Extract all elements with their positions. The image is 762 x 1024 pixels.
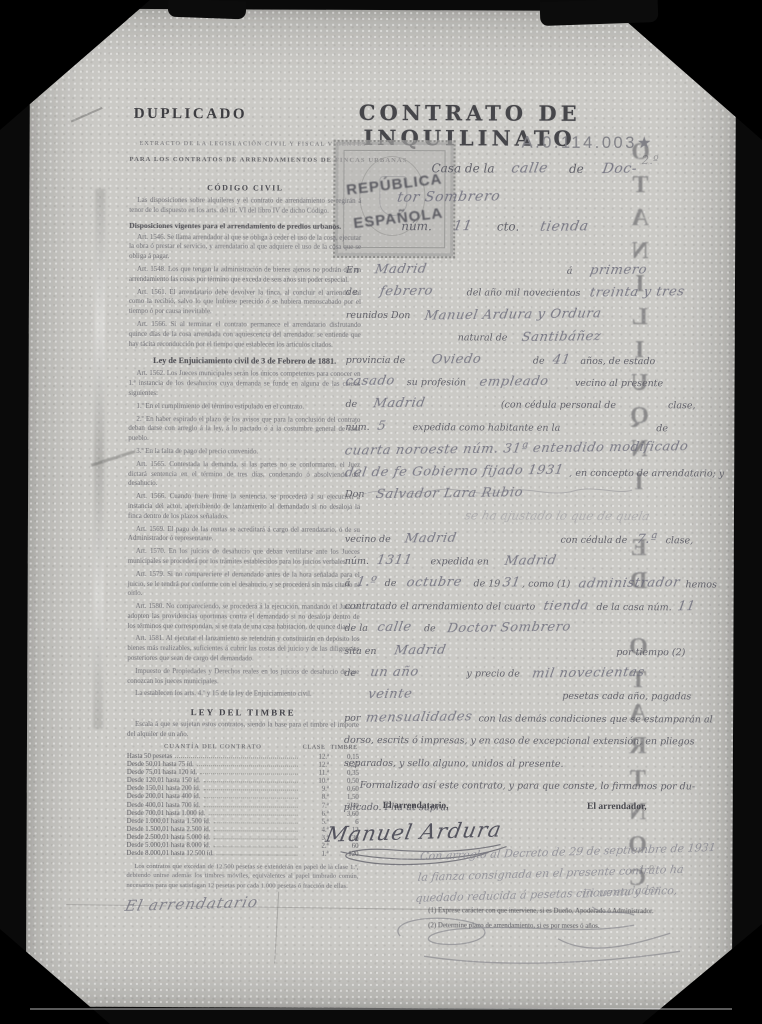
handwritten-text: cuarta noroeste núm. 31ª entendido modif… xyxy=(344,439,690,458)
printed-text: vecino de xyxy=(345,534,391,545)
printed-text: de xyxy=(533,355,545,366)
table-cell xyxy=(213,822,297,823)
printed-text: del año mil novecientos xyxy=(467,288,581,299)
photo-background: OTANILIUQNI ED OTARTNOC 2.º 1.º DUPLICAD… xyxy=(0,0,762,1024)
printed-text: de 19 xyxy=(474,579,501,590)
legal-paragraph: Art. 1570. En los juicios de desahucio q… xyxy=(128,547,360,568)
ley-timbre-heading: LEY DEL TIMBRE xyxy=(127,707,359,718)
legal-paragraph: Las disposiciones sobre alquileres y el … xyxy=(129,196,361,217)
legal-paragraph: Art. 1548. Los que tengan la administrac… xyxy=(129,265,361,286)
printed-text: vecino al presente xyxy=(575,378,663,389)
printed-text: por tiempo (2) xyxy=(616,647,685,658)
printed-text: núm. xyxy=(401,219,432,233)
printed-text: por xyxy=(344,713,360,724)
printed-text: contratado el arrendamiento del cuarto xyxy=(345,601,536,613)
legal-paragraph: Art. 1579. Si no compareciere el demanda… xyxy=(128,570,360,600)
contract-line: separados, y sello alguno, unidos al pre… xyxy=(344,752,684,776)
crease-line xyxy=(71,107,103,123)
printed-text: con cédula de xyxy=(560,534,627,545)
printed-text: clase, xyxy=(666,535,694,546)
printed-text: con las demás condiciones que se estampa… xyxy=(478,713,712,725)
legal-paragraph: Art. 1562. Los Jueces municipales serán … xyxy=(128,369,360,399)
table-cell xyxy=(217,854,298,855)
legal-paragraph: Art. 1565. Contestada la demanda, si las… xyxy=(128,460,360,490)
printed-text: de xyxy=(569,162,584,176)
timbre-table-header: CUANTÍA DEL CONTRATO CLASE TIMBRE xyxy=(127,743,359,751)
table-cell xyxy=(213,838,297,839)
arrendador-label: El arrendador, xyxy=(587,802,647,812)
table-cell xyxy=(203,790,297,791)
contract-line: natural deSantibáñez xyxy=(346,327,686,351)
legal-extract-column: CÓDIGO CIVIL Las disposiciones sobre alq… xyxy=(126,177,361,912)
handwritten-text: Madrid xyxy=(403,531,457,547)
codigo-civil-heading: CÓDIGO CIVIL xyxy=(129,183,361,193)
handwritten-text: febrero xyxy=(378,284,434,300)
ley-enjuiciamiento-heading: Ley de Enjuiciamiento civil de 3 de Febr… xyxy=(129,356,361,366)
handwritten-text: 11 xyxy=(452,218,474,234)
contract-line: dorso, escrits ó impresas, y en caso de … xyxy=(344,730,684,754)
contract-line: se ha ajustado lo que de quela xyxy=(345,506,685,530)
printed-text: á xyxy=(345,578,351,589)
contract-line: cuarta noroeste núm. 31ª entendido modif… xyxy=(345,439,685,463)
table-footnote: Los contratos que excedan de 12.500 pese… xyxy=(126,862,358,891)
printed-text: núm. xyxy=(345,556,369,567)
table-row: Desde 8.000,01 hasta 12.500 íd.1.ª120 xyxy=(126,849,358,858)
table-cell xyxy=(200,773,298,774)
printed-text: de la casa núm. xyxy=(596,602,671,613)
legal-paragraph: Art. 1569. El pago de las rentas se acre… xyxy=(128,524,360,545)
handwritten-text: tor Sombrero xyxy=(396,189,502,206)
legal-paragraph: Art. 1546. Se llama arrendador al que se… xyxy=(129,232,361,262)
tape-mark xyxy=(540,0,659,26)
printed-text: sita en xyxy=(344,645,376,656)
printed-text: provincia de xyxy=(346,354,406,365)
photo-edge-line xyxy=(30,1008,732,1010)
printed-text: su profesión xyxy=(407,377,466,388)
serial-number: A.0.114.003★ xyxy=(522,133,655,154)
legal-paragraph: Art. 1581. Al ejecutar el lanzamiento se… xyxy=(127,634,359,664)
legal-paragraph: La establecen los arts. 4.º y 15 de la l… xyxy=(127,689,359,700)
contract-line: defebrerodel año mil novecientostreinta … xyxy=(346,282,686,306)
handwritten-text: 1.º xyxy=(355,575,378,590)
table-cell xyxy=(213,830,297,831)
printed-text: hemos xyxy=(685,580,716,591)
printed-text: pesetas cada año, pagadas xyxy=(562,691,691,703)
printed-text: de xyxy=(345,399,357,410)
handwritten-text: tienda xyxy=(539,218,590,235)
handwritten-arrendatario: El arrendatario xyxy=(123,890,361,915)
legal-paragraph: Impuesto de Propiedades y Derechos reale… xyxy=(127,667,359,688)
printed-text: Formalizado así este contrato, y para qu… xyxy=(360,780,695,792)
printed-text: cto. xyxy=(497,220,519,234)
disposiciones-heading: Disposiciones vigentes para el arrendami… xyxy=(129,220,361,230)
column-header: CUANTÍA DEL CONTRATO xyxy=(127,743,299,751)
handwritten-text: octubre xyxy=(405,575,463,591)
legal-paragraph: 2.º En haber espirado el plazo de los av… xyxy=(128,414,360,444)
tape-mark xyxy=(168,0,247,19)
printed-text: dorso, escrits ó impresas, y en caso de … xyxy=(344,735,695,748)
contract-line: núm.5expedida como habitante en lade xyxy=(345,417,685,441)
handwritten-text: 1311 xyxy=(376,553,414,568)
handwritten-text: Madrid xyxy=(372,396,426,412)
printed-text: de xyxy=(424,623,436,634)
legal-paragraph: Art. 1580. No compareciendo, se proceder… xyxy=(127,602,359,632)
handwritten-text: calle xyxy=(377,620,414,635)
contract-line: vecino deMadridcon cédula de7.ªclase, xyxy=(345,529,685,553)
table-cell xyxy=(203,781,297,782)
printed-text: , como (1) xyxy=(522,579,570,590)
pencil-scrawl-icon xyxy=(358,478,638,505)
handwritten-text: Doctor Sombrero xyxy=(446,620,572,637)
printed-text: núm. xyxy=(345,422,369,433)
printed-text: Casa de la xyxy=(431,161,494,175)
property-address-block: Casa de la calle de Doc- tor Sombrero nú… xyxy=(397,160,677,248)
contract-line: Formalizado así este contrato, y para qu… xyxy=(344,775,684,799)
handwritten-text: casado xyxy=(344,374,396,390)
printed-text: expedida como habitante en la xyxy=(412,422,560,434)
table-cell: 1.ª xyxy=(300,851,328,858)
handwritten-text: 11 xyxy=(676,599,696,614)
contract-line: casadosu profesiónempleadovecino al pres… xyxy=(346,372,686,396)
contract-line: sita enMadridpor tiempo (2) xyxy=(344,640,684,664)
table-cell xyxy=(203,806,297,807)
legal-paragraph: 3.º En la falta de pago del precio conve… xyxy=(128,447,360,458)
handwritten-text: Manuel Ardura y Ordura xyxy=(423,306,602,323)
arrendatario-label: El arrendatario, xyxy=(383,801,449,811)
handwritten-text: treinta y tres xyxy=(589,285,686,301)
contract-line: contratado el arrendamiento del cuartoti… xyxy=(345,596,685,620)
handwritten-text: calle xyxy=(510,160,549,176)
handwritten-text: un año xyxy=(369,665,420,681)
handwritten-text: Madrid xyxy=(374,262,428,278)
handwritten-text: mensualidades xyxy=(365,709,474,725)
printed-text: años, de estado xyxy=(580,355,655,366)
printed-text: á xyxy=(567,266,573,277)
contract-line: deMadrid(con cédula personal declase, xyxy=(345,394,685,418)
table-cell xyxy=(208,814,297,815)
printed-text: de xyxy=(656,423,668,434)
printed-text: (con cédula personal de xyxy=(501,400,616,412)
printed-text: de xyxy=(344,668,356,679)
printed-text: clase, xyxy=(668,401,696,412)
table-cell xyxy=(203,798,297,799)
duplicado-label: DUPLICADO xyxy=(134,106,247,123)
legal-paragraph: Art. 1566. Si al terminar el contrato pe… xyxy=(129,320,361,350)
contract-line: deun añoy precio demil novecientas xyxy=(344,663,684,687)
contract-body: EnMadridáprimerodefebrerodel año mil nov… xyxy=(344,260,686,821)
handwritten-text: 5 xyxy=(376,419,387,434)
legal-paragraph: 1.º En el cumplimiento del término estip… xyxy=(128,402,360,413)
printed-text: de la xyxy=(344,623,367,634)
printed-text: de xyxy=(385,578,397,589)
handwritten-text: 7.ª xyxy=(636,532,659,547)
legal-paragraph: Escala á que se sujetan estos contratos,… xyxy=(127,720,359,741)
contract-line: reunidos DonManuel Ardura y Ordura xyxy=(346,305,686,329)
printed-text: expedida en xyxy=(430,556,488,567)
handwritten-text: empleado xyxy=(479,374,551,390)
handwritten-text: Oviedo xyxy=(430,352,482,368)
contract-line: pormensualidadescon las demás condicione… xyxy=(344,708,684,732)
handwritten-text: tienda xyxy=(542,598,590,614)
column-header: CLASE xyxy=(299,744,329,751)
handwritten-text: primero xyxy=(589,263,649,279)
legal-paragraph: Art. 1566. Cuando fuere firme la sentenc… xyxy=(128,492,360,522)
contract-line: á1.ºdeoctubrede 1931, como (1)administra… xyxy=(345,573,685,597)
handwritten-text: Santibáñez xyxy=(520,329,602,345)
handwritten-text: Doc- xyxy=(601,161,638,177)
printed-text: de xyxy=(346,287,358,298)
document-paper: OTANILIUQNI ED OTARTNOC 2.º 1.º DUPLICAD… xyxy=(26,8,736,1009)
handwritten-text: 41 xyxy=(551,352,571,367)
printed-text: natural de xyxy=(458,333,508,344)
printed-text: , en concepto de arrendatario; y xyxy=(569,467,724,479)
pencil-text: se ha ajustado lo que de quela xyxy=(463,509,651,524)
handwritten-text: veinte xyxy=(367,687,414,703)
printed-text: y precio de xyxy=(466,668,519,679)
table-cell: Desde 8.000,01 hasta 12.500 íd. xyxy=(126,850,213,857)
printed-text: separados, y sello alguno, unidos al pre… xyxy=(344,757,564,769)
handwritten-text: Madrid xyxy=(393,642,447,658)
table-cell xyxy=(197,765,298,766)
legal-paragraph: Art. 1561. El arrendatario debe devolver… xyxy=(129,287,361,317)
handwritten-text: 31 xyxy=(501,576,521,591)
table-cell xyxy=(175,757,298,759)
handwritten-text: Madrid xyxy=(504,553,558,569)
contract-line: EnMadridáprimero xyxy=(346,260,686,284)
printed-text: reunidos Don xyxy=(346,310,411,321)
contract-line: provincia deOviedode41años, de estado xyxy=(346,349,686,373)
table-cell xyxy=(213,846,297,847)
contract-line: núm.1311expedida enMadrid xyxy=(345,551,685,575)
contract-line: veintepesetas cada año, pagadas xyxy=(344,685,684,709)
signature-labels-row: El arrendatario, El arrendador, xyxy=(357,801,673,812)
printed-text: En xyxy=(346,265,359,276)
landlord-rubric-icon xyxy=(382,894,692,980)
contract-line: de lacalledeDoctor Sombrero xyxy=(344,618,684,642)
handwritten-text: mil novecientas xyxy=(530,665,645,681)
handwritten-text: administrador xyxy=(577,576,681,592)
